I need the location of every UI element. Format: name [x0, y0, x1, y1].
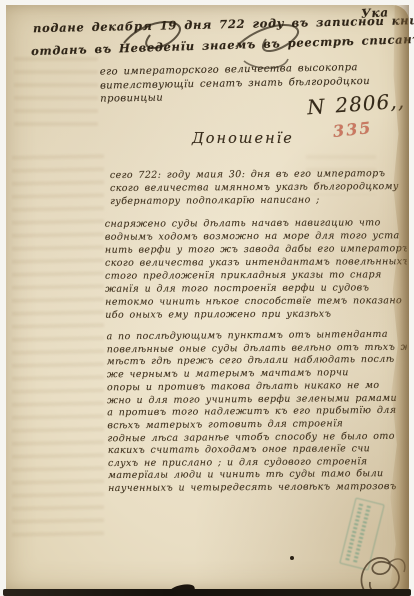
text-line: ского величества имянномъ указѣ бѣлгород… — [110, 180, 406, 195]
text-line: а противъ того надлежитъ къ его прибытїю… — [107, 405, 407, 420]
archive-stamp — [339, 497, 385, 570]
filing-note-line2: отданъ въ Неведенїи знаемъ въ реестрѣ сп… — [31, 32, 414, 58]
paragraph-3: а по послѣдующимъ пунктамъ отъ ынтендант… — [107, 329, 408, 446]
ink-speck — [290, 556, 294, 560]
paragraph-2: снаряжено суды дѣлать начавъ навигацию ч… — [105, 216, 408, 322]
text-line: нетокмо чинить нѣкое способствїе темъ по… — [105, 294, 407, 309]
paragraph-4: какихъ считать доходамъ оное правленїе с… — [108, 443, 406, 495]
scan-bottom-edge — [3, 589, 411, 596]
text-line: ибо оныхъ ему приложено при указѣхъ — [105, 307, 407, 322]
bleed-through-text — [12, 154, 104, 546]
manuscript-page: Ука подане декабря 19 дня 722 году въ за… — [6, 5, 409, 591]
folio-number: 335 — [332, 118, 373, 141]
manuscript-scan: Ука подане декабря 19 дня 722 году въ за… — [0, 0, 414, 596]
filing-note-line1: подане декабря 19 дня 722 году въ записн… — [33, 13, 414, 35]
paragraph-1: сего 722: году маия 30: дня въ его импер… — [110, 167, 406, 209]
bleed-through-text — [14, 57, 98, 135]
text-line: наученныхъ и четыредесять человѣкъ матро… — [108, 481, 406, 496]
document-title: Доношенїе — [192, 131, 294, 147]
text-line: губернатору подполкарїю написано ; — [110, 193, 406, 208]
